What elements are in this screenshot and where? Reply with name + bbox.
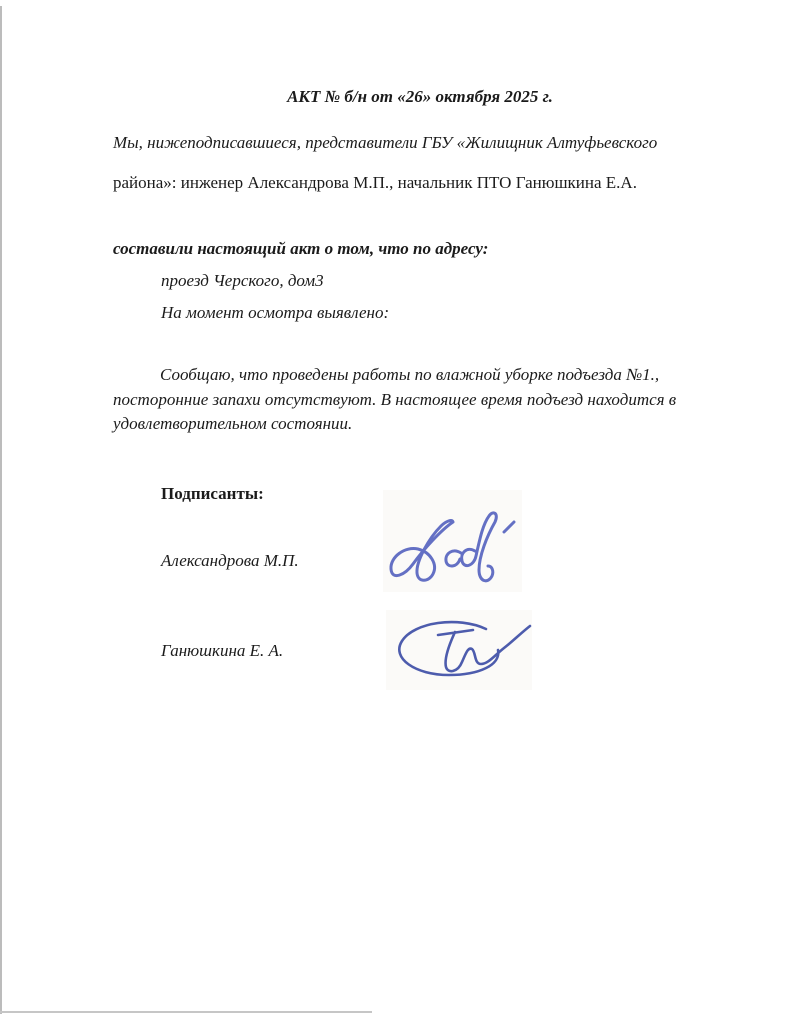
signer-name-ganyushkina: Ганюшкина Е. А. (161, 640, 283, 662)
report-paragraph: Сообщаю, что проведены работы по влажной… (113, 363, 741, 437)
statement-line: составили настоящий акт о том, что по ад… (113, 238, 488, 260)
intro-line-2: района»: инженер Александрова М.П., нача… (113, 172, 637, 194)
document-title: АКТ № б/н от «26» октября 2025 г. (100, 86, 740, 108)
signature-image-ganyushkina (386, 610, 532, 690)
inspection-heading: На момент осмотра выявлено: (161, 302, 389, 324)
document-page: АКТ № б/н от «26» октября 2025 г. Мы, ни… (0, 0, 790, 1016)
report-line-1: Сообщаю, что проведены работы по влажной… (113, 363, 741, 388)
address-line: проезд Черского, дом3 (161, 270, 324, 292)
report-line-2: посторонние запахи отсутствуют. В настоя… (113, 388, 741, 413)
page-border-bottom (0, 1011, 372, 1013)
signers-heading: Подписанты: (161, 483, 264, 505)
intro-line-1: Мы, нижеподписавшиеся, представители ГБУ… (113, 132, 657, 154)
report-line-3: удовлетворительном состоянии. (113, 412, 741, 437)
handwritten-signature-icon (386, 610, 532, 690)
signature-image-alexandrova (383, 490, 522, 592)
page-border-left (0, 6, 2, 1014)
handwritten-signature-icon (383, 490, 522, 592)
signer-name-alexandrova: Александрова М.П. (161, 550, 299, 572)
